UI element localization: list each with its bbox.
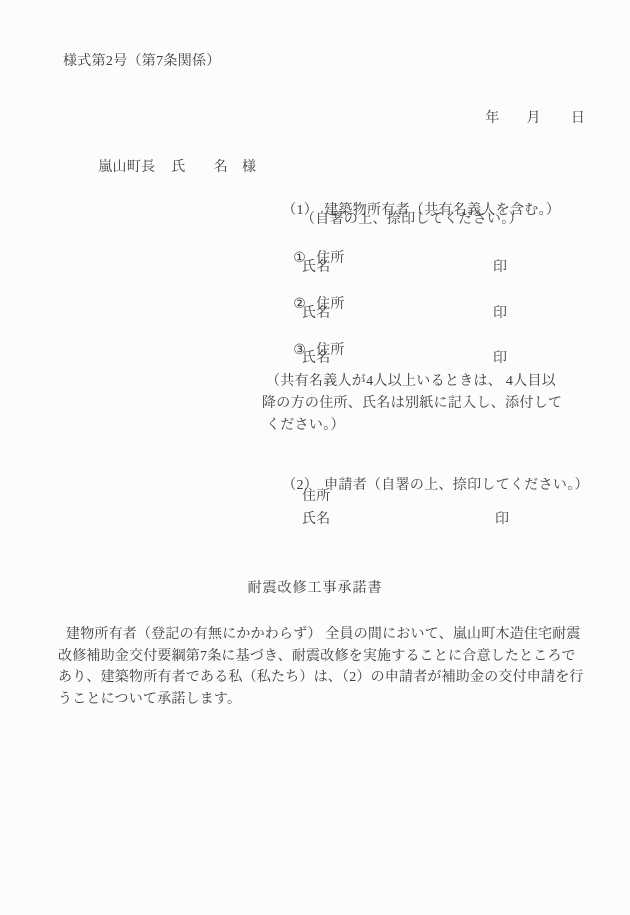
applicant-name-label: 氏名 bbox=[302, 513, 331, 527]
date-month-label: 月 bbox=[527, 111, 541, 126]
attachment-note-line-3: ください。） bbox=[266, 419, 345, 433]
date-year-label: 年 bbox=[485, 111, 499, 126]
attachment-note-line-1: （共有名義人が4人以上いるときは、 4人目以 bbox=[266, 375, 556, 389]
section1-sign-note: （自署の上、捺印してください。） bbox=[301, 213, 523, 227]
addressee-name-label-2: 名 bbox=[214, 160, 228, 175]
document-page: 様式第2号（第7条関係） 年月日 嵐山町長氏名様 （1）建築物所有者（共有名義人… bbox=[0, 0, 630, 915]
addressee-honorific: 様 bbox=[242, 160, 256, 175]
owner2-seal-label: 印 bbox=[493, 307, 507, 321]
document-title: 耐震改修工事承諾書 bbox=[0, 582, 630, 596]
attachment-note-line-2: 降の方の住所、氏名は別紙に記入し、添付して bbox=[262, 397, 562, 411]
addressee-title: 嵐山町長 bbox=[98, 160, 155, 175]
body-line-2: 改修補助金交付要綱第7条に基づき、耐震改修を実施することに合意したところで bbox=[58, 650, 576, 664]
form-number: 様式第2号（第7条関係） bbox=[63, 55, 221, 69]
body-line-1: 建物所有者（登記の有無にかかわらず） 全員の間において、嵐山町木造住宅耐震 bbox=[58, 628, 581, 642]
owner1-name-label: 氏名 bbox=[302, 261, 331, 275]
section2-heading-text: 申請者（自署の上、捺印してください。） bbox=[324, 478, 589, 493]
addressee-line: 嵐山町長氏名様 bbox=[83, 147, 256, 189]
owner2-name-label: 氏名 bbox=[302, 307, 331, 321]
owner3-seal-label: 印 bbox=[493, 352, 507, 366]
owner1-seal-label: 印 bbox=[493, 261, 507, 275]
applicant-seal-label: 印 bbox=[495, 513, 509, 527]
date-line: 年月日 bbox=[470, 98, 585, 140]
body-line-3: あり、建築物所有者である私（私たち）は、（2）の申請者が補助金の交付申請を行 bbox=[58, 671, 584, 685]
body-line-4: うことについて承諾します。 bbox=[58, 693, 241, 707]
applicant-address-label: 住所 bbox=[302, 490, 331, 504]
addressee-name-label-1: 氏 bbox=[171, 160, 185, 175]
date-day-label: 日 bbox=[571, 111, 585, 126]
owner3-name-label: 氏名 bbox=[302, 352, 331, 366]
